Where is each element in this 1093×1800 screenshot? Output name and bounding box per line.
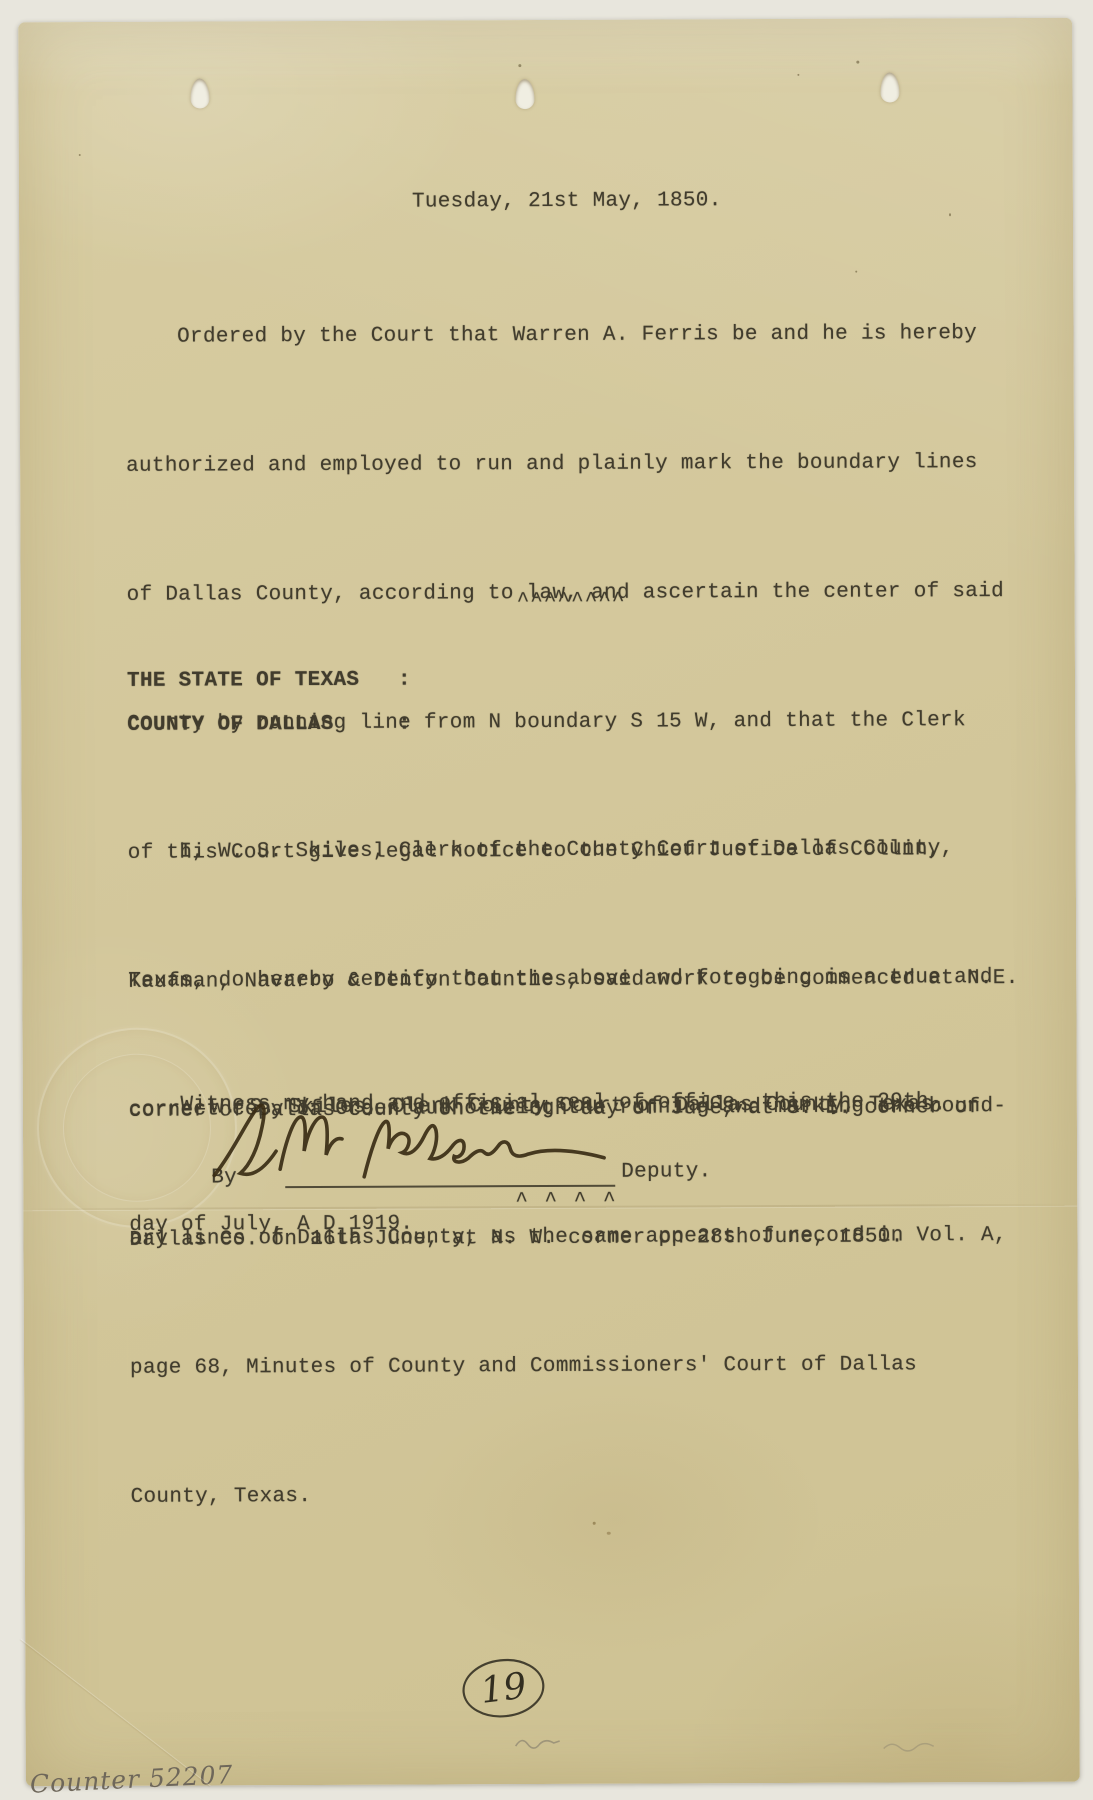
deputy-label: Deputy. xyxy=(621,1160,711,1183)
paper-speck xyxy=(607,1532,611,1535)
deputy-signature xyxy=(206,1092,626,1194)
page-number: 19 xyxy=(478,1665,529,1711)
page-number-circled: 19 xyxy=(455,1652,551,1724)
paper-speck xyxy=(797,74,799,76)
document-page: Tuesday, 21st May, 1850. Ordered by the … xyxy=(18,18,1080,1787)
paper-speck xyxy=(855,271,857,273)
caret-separator-bottom: ^ ^ ^ ^ xyxy=(515,1190,617,1213)
typed-line: I, W. S. Skiles, Clerk of the County Cou… xyxy=(128,827,1006,874)
paper-speck xyxy=(79,154,81,156)
date-heading: Tuesday, 21st May, 1850. xyxy=(412,189,722,213)
typed-line: County, Texas. xyxy=(130,1472,1008,1519)
punch-hole-left xyxy=(190,78,209,108)
punch-hole-right xyxy=(880,72,899,102)
paper-speck xyxy=(518,64,521,67)
caret-separator-top: ^^^^^^^^ xyxy=(517,590,626,613)
pencil-scribble xyxy=(514,1734,562,1752)
paper-speck xyxy=(593,1522,596,1525)
county-caption: COUNTY OF DALLAS : xyxy=(127,713,411,737)
punch-hole-center xyxy=(515,79,534,109)
state-caption: THE STATE OF TEXAS : xyxy=(127,669,411,693)
paper-speck xyxy=(949,213,951,216)
paper-speck xyxy=(856,61,859,64)
scanner-background: Tuesday, 21st May, 1850. Ordered by the … xyxy=(0,0,1093,1800)
typed-line: Texas, do hereby certify that the above … xyxy=(128,956,1006,1003)
corner-crease xyxy=(20,1639,210,1787)
typed-line: Ordered by the Court that Warren A. Ferr… xyxy=(125,312,1015,359)
typed-line: authorized and employed to run and plain… xyxy=(126,441,1016,488)
pencil-scribble xyxy=(882,1738,938,1754)
typed-line: page 68, Minutes of County and Commissio… xyxy=(130,1343,1008,1390)
